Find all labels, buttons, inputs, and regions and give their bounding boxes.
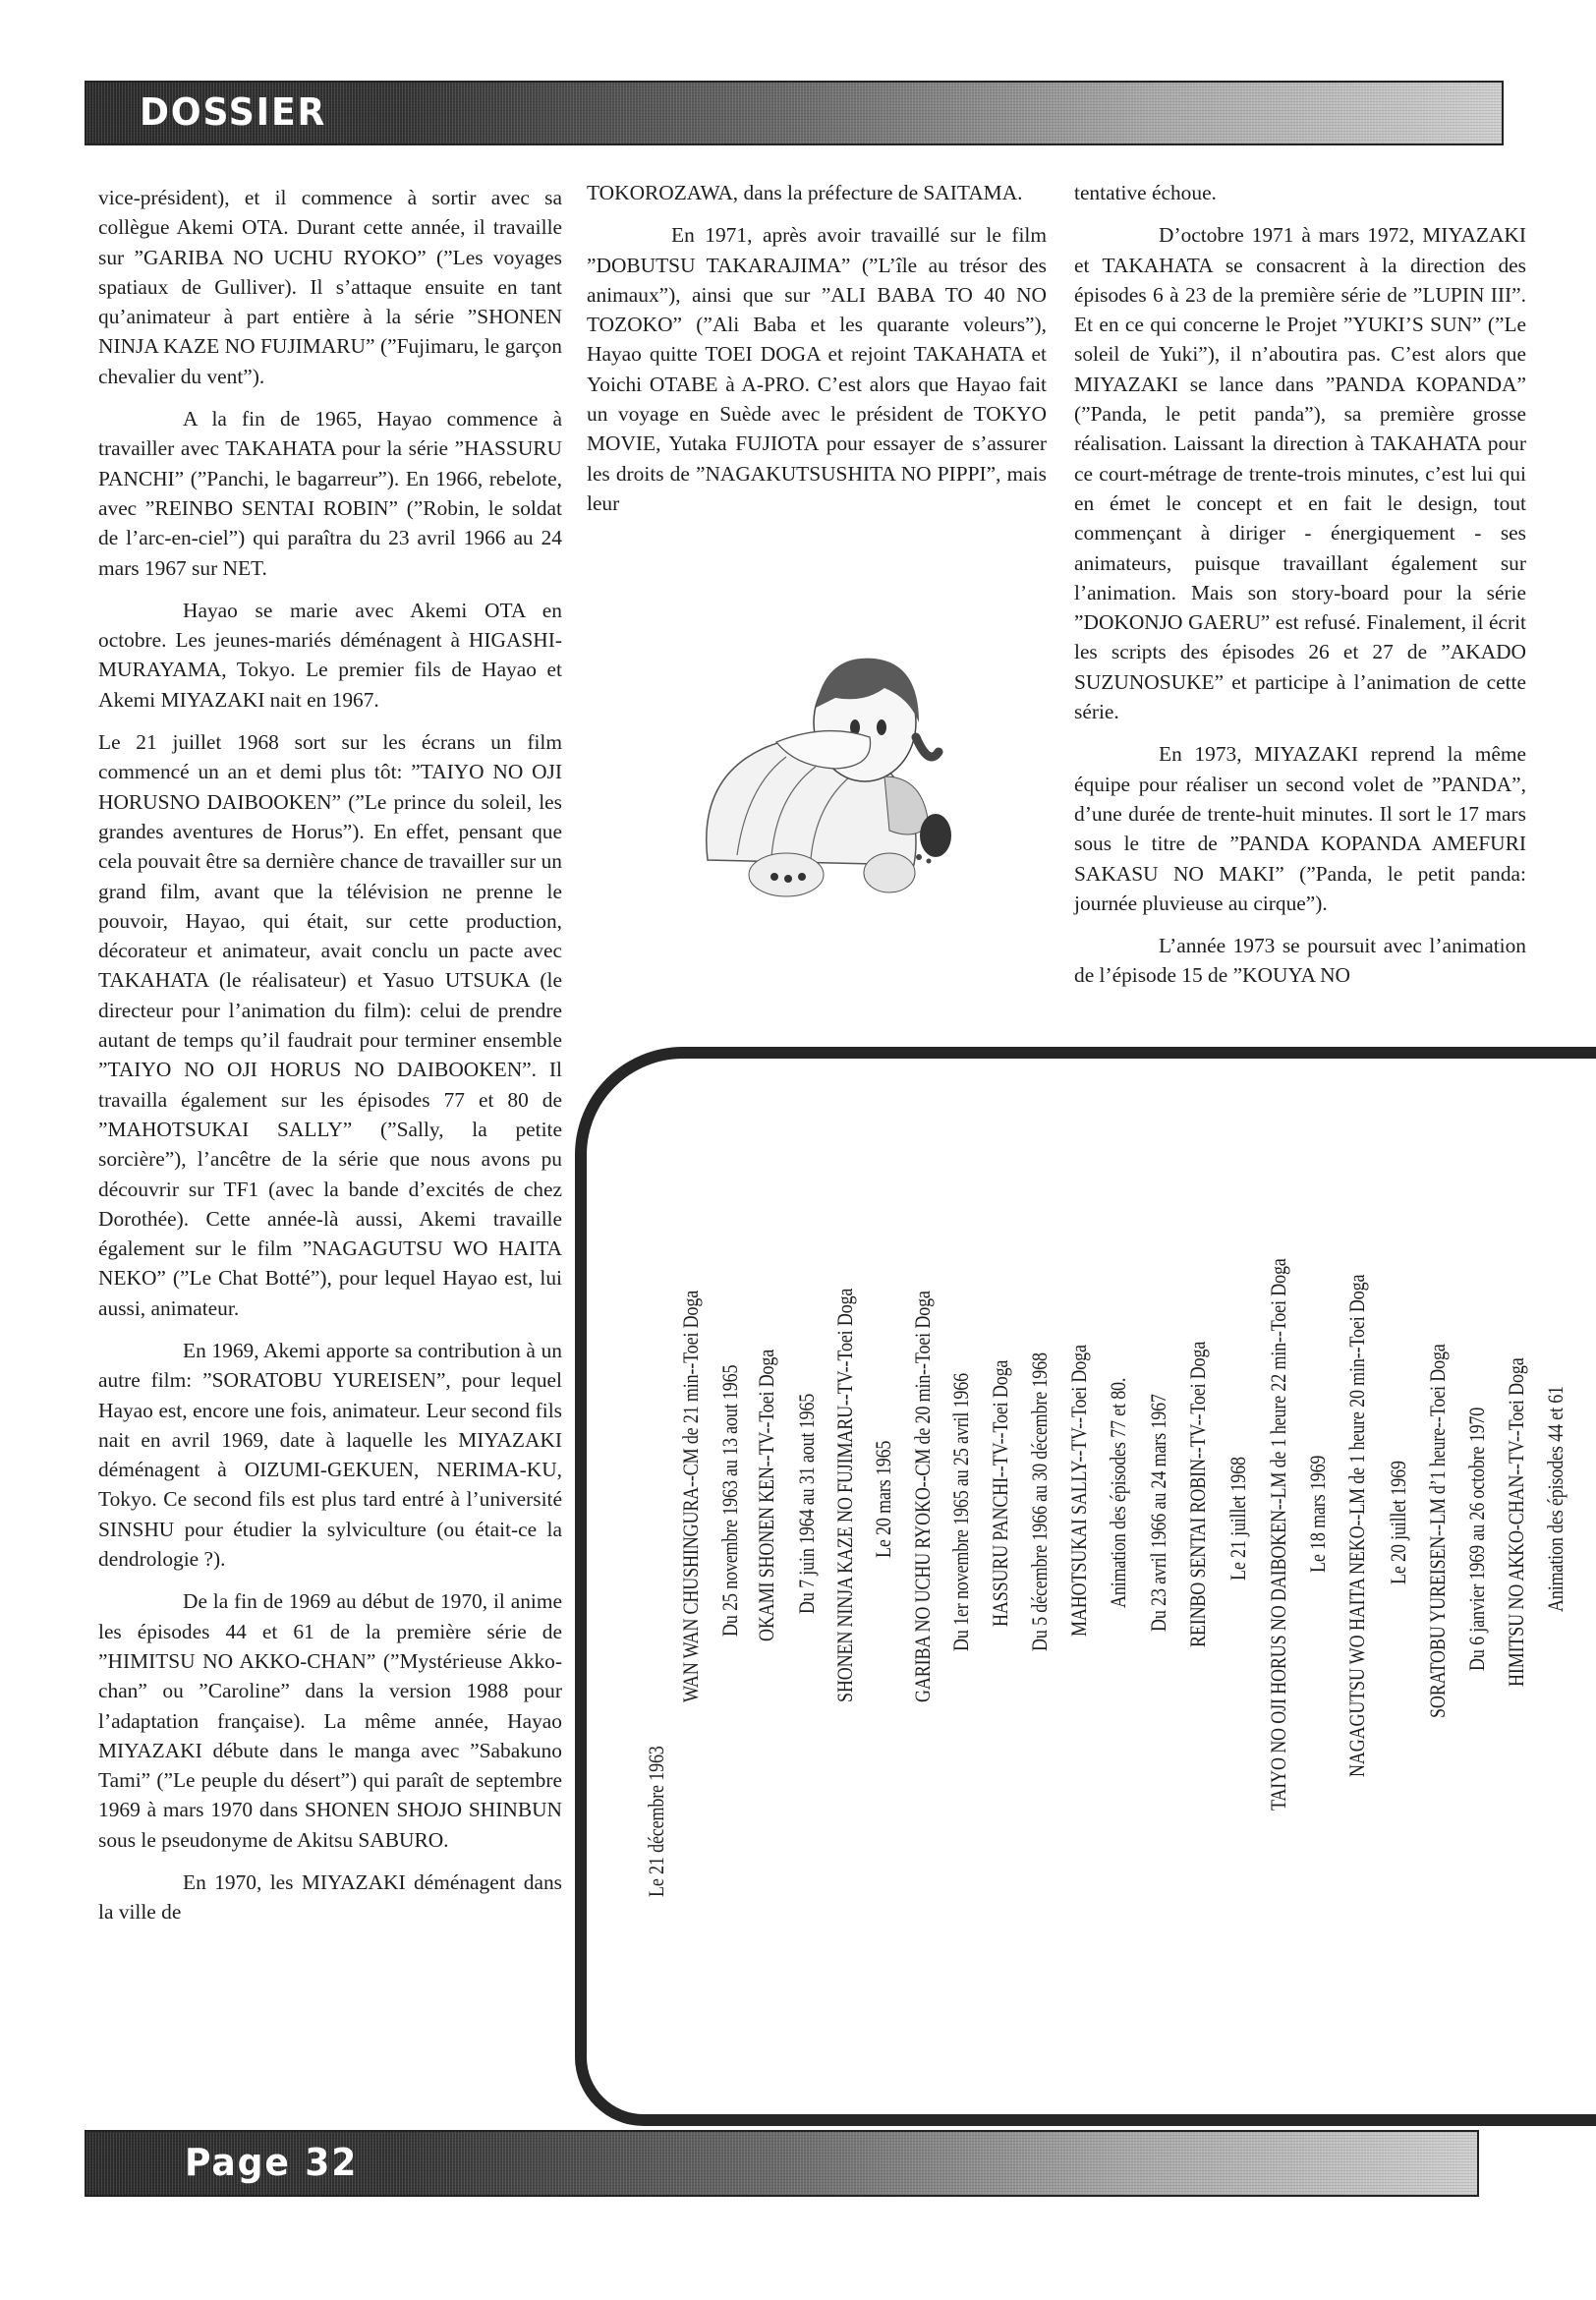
filmography-date: Le 20 mars 1965 [871,1415,896,1558]
filmography-date: Le 18 mars 1969 [1305,1430,1331,1573]
filmography-title: REINBO SENTAI ROBIN--TV--Toei Doga [1185,1274,1211,1647]
girl-shell-drawing-icon [678,629,983,924]
filmography-note: Animation des épisodes 77 et 80. [1106,1327,1131,1608]
filmography-text: Animation des épisodes 44 et 61 [1543,1386,1568,1612]
paragraph: vice-président), et il commence à sortir… [98,183,562,391]
filmography-date: Du 25 novembre 1963 au 13 aout 1965 [717,1305,743,1637]
filmography-text: Du 23 avril 1966 au 24 mars 1967 [1146,1394,1171,1632]
filmography-text: SHONEN NINJA KAZE NO FUJIMARU--TV--Toei … [832,1289,858,1702]
filmography-date: Du 23 avril 1966 au 24 mars 1967 [1146,1342,1171,1632]
paragraph: En 1971, après avoir travaillé sur le fi… [587,220,1047,518]
filmography-text: GARIBA NO UCHU RYOKO--CM de 20 min--Toei… [910,1291,936,1702]
paragraph: A la fin de 1965, Hayao commence à trava… [98,404,562,583]
text-column-3: tentative échoue.D’octobre 1971 à mars 1… [1074,178,1526,1004]
filmography-text: Du 6 janvier 1969 au 26 octobre 1970 [1464,1408,1490,1671]
filmography-text: REINBO SENTAI ROBIN--TV--Toei Doga [1185,1342,1211,1647]
filmography-date: Du 1er novembre 1965 au 25 avril 1966 [948,1312,974,1651]
filmography-title: HASSURU PANCHI--TV--Toei Doga [988,1301,1013,1627]
text-column-1: vice-président), et il commence à sortir… [98,183,562,1940]
filmography-title: SORATOBU YUREISEN--LM d’1 heure--Toei Do… [1425,1262,1451,1718]
text-column-2: TOKOROZAWA, dans la préfecture de SAITAM… [587,178,1047,531]
filmography-text: Du 7 juin 1964 au 31 aout 1965 [794,1394,820,1614]
filmography-text: WAN WAN CHUSHINGURA--CM de 21 min--Toei … [678,1291,704,1702]
filmography-text: HASSURU PANCHI--TV--Toei Doga [988,1360,1013,1627]
filmography-text: TAIYO NO OJI HORUS NO DAIBOKEN--LM de 1 … [1266,1258,1291,1811]
filmography-text: Le 21 juillet 1968 [1225,1457,1251,1581]
filmography-title: OKAMI SHONEN KEN--TV--Toei Doga [754,1286,779,1641]
filmography-date: Le 21 juillet 1968 [1225,1430,1251,1581]
filmography-date: Le 20 juillet 1969 [1386,1434,1411,1584]
filmography-title: WAN WAN CHUSHINGURA--CM de 21 min--Toei … [678,1200,704,1702]
filmography-text: MAHOTSUKAI SALLY--TV--Toei Doga [1066,1345,1092,1637]
filmography-text: Du 25 novembre 1963 au 13 aout 1965 [717,1365,743,1637]
footer-banner: Page 32 [85,2130,1479,2197]
header-banner: DOSSIER [85,81,1504,145]
filmography-text: SORATOBU YUREISEN--LM d’1 heure--Toei Do… [1425,1344,1451,1718]
paragraph: En 1969, Akemi apporte sa contribution à… [98,1336,562,1574]
paragraph: tentative échoue. [1074,178,1526,207]
filmography-text: Le 20 juillet 1969 [1386,1461,1411,1584]
filmography-date: Du 6 janvier 1969 au 26 octobre 1970 [1464,1350,1490,1671]
filmography-title: NAGAGUTSU WO HAITA NEKO--LM de 1 heure 2… [1344,1164,1370,1777]
paragraph: En 1970, les MIYAZAKI déménagent dans la… [98,1868,562,1927]
filmography-title: TAIYO NO OJI HORUS NO DAIBOKEN--LM de 1 … [1266,1137,1291,1811]
filmography-note: Animation des épisodes 44 et 61 [1543,1337,1568,1612]
filmography-title: SHONEN NINJA KAZE NO FUJIMARU--TV--Toei … [832,1197,858,1702]
filmography-text: NAGAGUTSU WO HAITA NEKO--LM de 1 heure 2… [1344,1275,1370,1777]
filmography-date: Du 5 décembre 1966 au 30 décembre 1968 [1027,1287,1053,1651]
filmography-date: Le 21 décembre 1963 [644,1713,669,1897]
filmography-text: Le 20 mars 1965 [871,1441,896,1558]
filmography-title: GARIBA NO UCHU RYOKO--CM de 20 min--Toei… [910,1200,936,1702]
illustration-girl-with-shell [678,629,983,924]
filmography-text: Animation des épisodes 77 et 80. [1106,1378,1131,1608]
paragraph: De la fin de 1969 au début de 1970, il a… [98,1586,562,1855]
paragraph: En 1973, MIYAZAKI reprend la même équipe… [1074,739,1526,918]
page-number: Page 32 [185,2141,358,2184]
section-label: DOSSIER [140,90,326,134]
paragraph: Hayao se marie avec Akemi OTA en octobre… [98,596,562,715]
paragraph: Le 21 juillet 1968 sort sur les écrans u… [98,727,562,1323]
filmography-text: HIMITSU NO AKKO-CHAN--TV--Toei Doga [1504,1357,1529,1687]
paragraph: TOKOROZAWA, dans la préfecture de SAITAM… [587,178,1047,207]
paragraph: L’année 1973 se poursuit avec l’animatio… [1074,931,1526,991]
filmography-text: Du 1er novembre 1965 au 25 avril 1966 [948,1373,974,1651]
filmography-text: Du 5 décembre 1966 au 30 décembre 1968 [1027,1352,1053,1651]
filmography-title: MAHOTSUKAI SALLY--TV--Toei Doga [1066,1281,1092,1637]
filmography-date: Du 7 juin 1964 au 31 aout 1965 [794,1346,820,1614]
paragraph: D’octobre 1971 à mars 1972, MIYAZAKI et … [1074,220,1526,726]
filmography-title: HIMITSU NO AKKO-CHAN--TV--Toei Doga [1504,1286,1529,1687]
filmography-text: Le 21 décembre 1963 [644,1746,669,1897]
filmography-text: OKAMI SHONEN KEN--TV--Toei Doga [754,1350,779,1641]
filmography-text: Le 18 mars 1969 [1305,1456,1331,1573]
